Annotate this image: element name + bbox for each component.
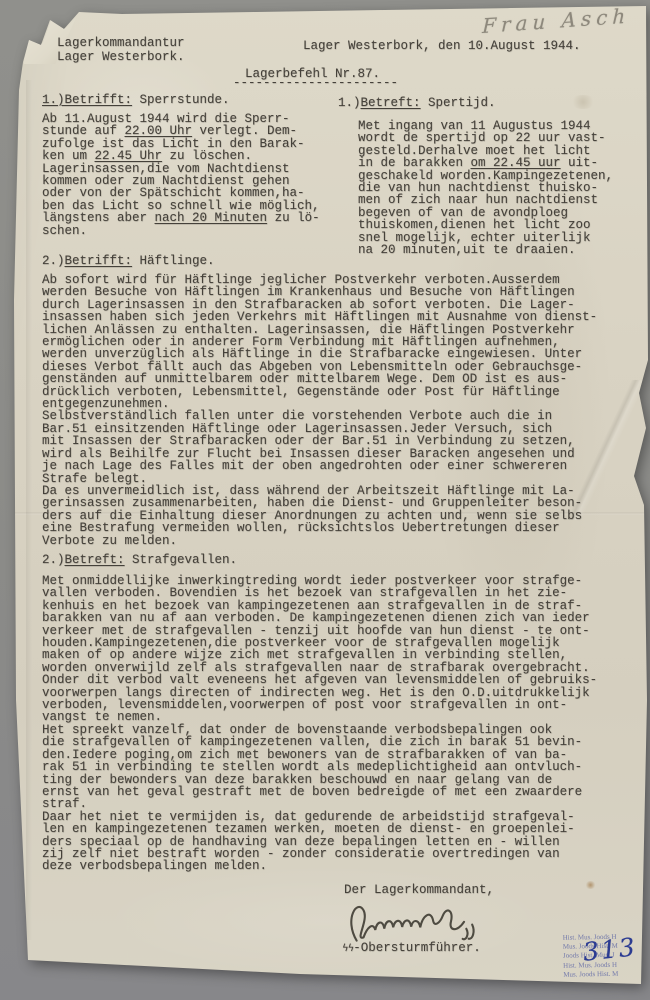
title-underline: ---------------------- — [233, 77, 398, 89]
rank-text: -Obersturmführer. — [353, 941, 481, 955]
section2-german-heading: 2.)Betrifft: Häftlinge. — [42, 255, 215, 267]
photo-background: Frau Asch Lagerkommandantur Lager Wester… — [0, 0, 650, 1000]
section1-dutch-paragraph: Met ingang van 11 Augustus 1944wordt de … — [358, 120, 613, 256]
sender-address: Lagerkommandantur Lager Westerbork. — [57, 36, 185, 64]
section1-german-paragraph: Ab 11.August 1944 wird die Sperr-stunde … — [42, 113, 320, 237]
section1-german-heading: 1.)Betrifft: Sperrstunde. — [42, 94, 230, 106]
dateline: Lager Westerbork, den 10.August 1944. — [303, 40, 581, 52]
section1-dutch-heading: 1.)Betreft: Spertijd. — [338, 97, 496, 109]
section2-dutch-paragraph: Met onmiddellijke inwerkingtreding wordt… — [42, 575, 597, 873]
section2-german-paragraph: Ab sofort wird für Häftlinge jeglicher P… — [42, 274, 597, 547]
stain-spot — [585, 881, 596, 889]
handwritten-note: Frau Asch — [482, 2, 650, 38]
document-paper: Frau Asch Lagerkommandantur Lager Wester… — [0, 0, 650, 1000]
ss-runes: ϟϟ — [342, 943, 353, 954]
section2-dutch-heading: 2.)Betreft: Strafgevallen. — [42, 554, 237, 566]
left-crease — [26, 80, 32, 940]
rank-line: ϟϟ-Obersturmführer. — [342, 942, 481, 955]
stain-spot — [570, 95, 596, 109]
stamp-number: 313 — [582, 932, 638, 966]
